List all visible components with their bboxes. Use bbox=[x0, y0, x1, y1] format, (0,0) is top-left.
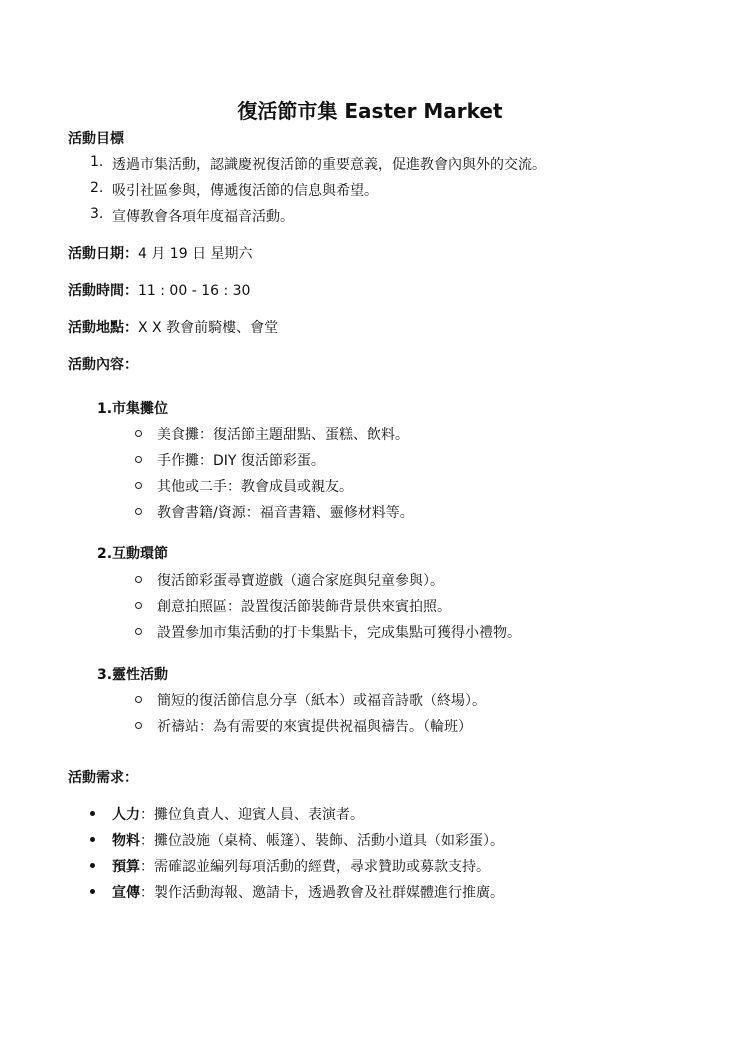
section-item: 手作攤：DIY 復活節彩蛋。 bbox=[157, 450, 325, 470]
bullet-icon bbox=[90, 837, 95, 842]
date-label: 活動日期： bbox=[68, 246, 138, 262]
need-label: 預算 bbox=[112, 859, 140, 875]
section-item: 復活節彩蛋尋寶遊戲（適合家庭與兒童參與）。 bbox=[157, 570, 444, 590]
document-page: 復活節市集 Easter Market 活動目標 1. 透過市集活動，認識慶祝復… bbox=[0, 0, 740, 1046]
date-value: 4 月 19 日 星期六 bbox=[138, 246, 253, 262]
content-heading: 活動內容： bbox=[68, 354, 138, 374]
needs-heading: 活動需求： bbox=[68, 767, 138, 787]
goal-number: 3. bbox=[90, 206, 103, 222]
section-item: 簡短的復活節信息分享（紙本）或福音詩歌（終場）。 bbox=[157, 690, 486, 710]
need-item: 宣傳：製作活動海報、邀請卡，透過教會及社群媒體進行推廣。 bbox=[112, 882, 504, 902]
circle-bullet-icon bbox=[135, 602, 142, 609]
goal-number: 2. bbox=[90, 180, 103, 196]
venue-value: X X 教會前騎樓、會堂 bbox=[138, 320, 278, 336]
need-text: ：需確認並編列每項活動的經費，尋求贊助或募款支持。 bbox=[140, 859, 490, 875]
document-title: 復活節市集 Easter Market bbox=[0, 95, 740, 124]
venue-line: 活動地點：X X 教會前騎樓、會堂 bbox=[68, 317, 278, 337]
section-item: 教會書籍/資源：福音書籍、靈修材料等。 bbox=[157, 502, 414, 522]
circle-bullet-icon bbox=[135, 696, 142, 703]
goals-heading: 活動目標 bbox=[68, 128, 124, 148]
section-title: 3.靈性活動 bbox=[97, 664, 168, 684]
bullet-icon bbox=[90, 811, 95, 816]
section-item: 創意拍照區：設置復活節裝飾背景供來賓拍照。 bbox=[157, 596, 451, 616]
need-text: ：攤位設施（桌椅、帳篷）、裝飾、活動小道具（如彩蛋）。 bbox=[140, 833, 504, 849]
time-value: 11 : 00 - 16 : 30 bbox=[138, 283, 250, 299]
section-title: 2.互動環節 bbox=[97, 543, 168, 563]
circle-bullet-icon bbox=[135, 628, 142, 635]
circle-bullet-icon bbox=[135, 456, 142, 463]
goal-item: 宣傳教會各項年度福音活動。 bbox=[112, 206, 294, 226]
venue-label: 活動地點： bbox=[68, 320, 138, 336]
section-item: 其他或二手：教會成員或親友。 bbox=[157, 476, 353, 496]
need-label: 物料 bbox=[112, 833, 140, 849]
circle-bullet-icon bbox=[135, 482, 142, 489]
section-item: 美食攤：復活節主題甜點、蛋糕、飲料。 bbox=[157, 424, 409, 444]
time-line: 活動時間：11 : 00 - 16 : 30 bbox=[68, 280, 250, 300]
section-title: 1.市集攤位 bbox=[97, 398, 168, 418]
need-item: 物料：攤位設施（桌椅、帳篷）、裝飾、活動小道具（如彩蛋）。 bbox=[112, 830, 504, 850]
goal-number: 1. bbox=[90, 154, 103, 170]
section-item: 祈禱站：為有需要的來賓提供祝福與禱告。（輪班） bbox=[157, 716, 472, 736]
circle-bullet-icon bbox=[135, 722, 142, 729]
need-text: ：攤位負責人、迎賓人員、表演者。 bbox=[140, 807, 364, 823]
bullet-icon bbox=[90, 863, 95, 868]
time-label: 活動時間： bbox=[68, 283, 138, 299]
goal-item: 透過市集活動，認識慶祝復活節的重要意義，促進教會內與外的交流。 bbox=[112, 154, 546, 174]
need-item: 人力：攤位負責人、迎賓人員、表演者。 bbox=[112, 804, 364, 824]
date-line: 活動日期：4 月 19 日 星期六 bbox=[68, 243, 253, 263]
need-item: 預算：需確認並編列每項活動的經費，尋求贊助或募款支持。 bbox=[112, 856, 490, 876]
need-label: 人力 bbox=[112, 807, 140, 823]
bullet-icon bbox=[90, 889, 95, 894]
need-label: 宣傳 bbox=[112, 885, 140, 901]
section-item: 設置參加市集活動的打卡集點卡，完成集點可獲得小禮物。 bbox=[157, 622, 521, 642]
goal-item: 吸引社區參與，傳遞復活節的信息與希望。 bbox=[112, 180, 378, 200]
circle-bullet-icon bbox=[135, 508, 142, 515]
circle-bullet-icon bbox=[135, 430, 142, 437]
need-text: ：製作活動海報、邀請卡，透過教會及社群媒體進行推廣。 bbox=[140, 885, 504, 901]
circle-bullet-icon bbox=[135, 576, 142, 583]
